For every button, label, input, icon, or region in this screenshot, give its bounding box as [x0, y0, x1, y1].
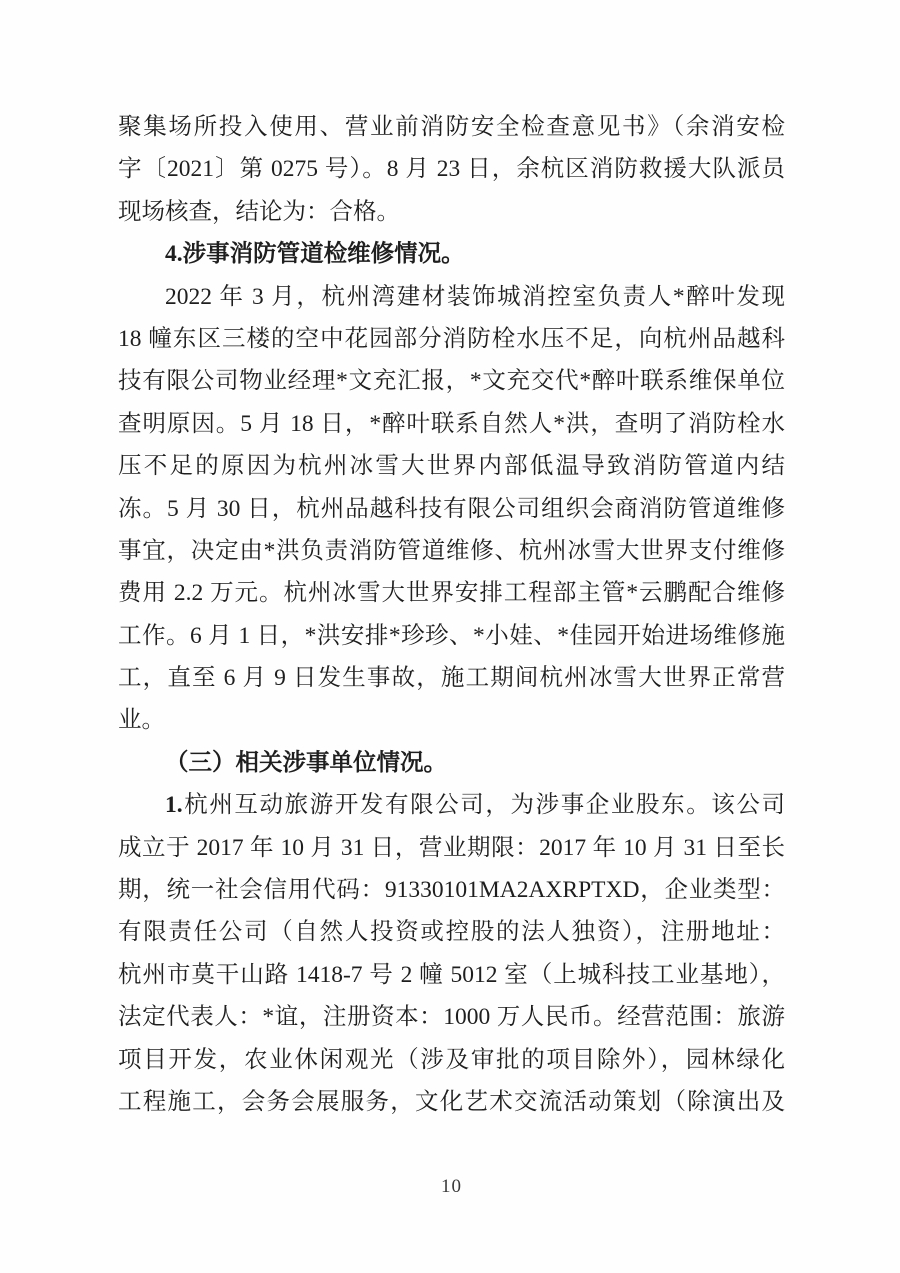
text-line: 18 幢东区三楼的空中花园部分消防栓水压不足，向杭州品越科	[118, 318, 785, 360]
text-run: 现场核查，结论为：合格。	[118, 199, 400, 225]
text-line: 法定代表人：*谊，注册资本：1000 万人民币。经营范围：旅游	[118, 996, 785, 1038]
document-page: 聚集场所投入使用、营业前消防安全检查意见书》（余消安检字〔2021〕第 0275…	[0, 0, 900, 1273]
text-run: 法定代表人：*谊，注册资本：1000 万人民币。经营范围：旅游	[118, 1004, 785, 1030]
text-run: 冻。5 月 30 日，杭州品越科技有限公司组织会商消防管道维修	[118, 496, 785, 522]
text-line: 工，直至 6 月 9 日发生事故，施工期间杭州冰雪大世界正常营	[118, 657, 785, 699]
text-line: 字〔2021〕第 0275 号）。8 月 23 日，余杭区消防救援大队派员	[118, 148, 785, 190]
text-run: 有限责任公司（自然人投资或控股的法人独资），注册地址：	[118, 919, 785, 945]
text-run: 2022 年 3 月，杭州湾建材装饰城消控室负责人*醉叶发现	[165, 284, 785, 310]
text-line: 现场核查，结论为：合格。	[118, 191, 785, 233]
text-run: （三）相关涉事单位情况。	[165, 750, 447, 776]
text-run: 期，统一社会信用代码：91330101MA2AXRPTXD，企业类型：	[118, 877, 785, 903]
text-line: 工程施工，会务会展服务，文化艺术交流活动策划（除演出及	[118, 1081, 785, 1123]
text-line: 业。	[118, 699, 785, 741]
text-line: 事宜，决定由*洪负责消防管道维修、杭州冰雪大世界支付维修	[118, 530, 785, 572]
text-line: 项目开发，农业休闲观光（涉及审批的项目除外），园林绿化	[118, 1039, 785, 1081]
text-run: 杭州互动旅游开发有限公司，为涉事企业股东。该公司	[183, 792, 785, 818]
text-run: 4.涉事消防管道检维修情况。	[165, 241, 465, 267]
text-run: 项目开发，农业休闲观光（涉及审批的项目除外），园林绿化	[118, 1047, 785, 1073]
text-run: 业。	[118, 707, 165, 733]
text-line: 费用 2.2 万元。杭州冰雪大世界安排工程部主管*云鹏配合维修	[118, 572, 785, 614]
text-run: 工，直至 6 月 9 日发生事故，施工期间杭州冰雪大世界正常营	[118, 665, 785, 691]
text-line: 冻。5 月 30 日，杭州品越科技有限公司组织会商消防管道维修	[118, 488, 785, 530]
text-run: 工程施工，会务会展服务，文化艺术交流活动策划（除演出及	[118, 1089, 785, 1115]
text-line: 聚集场所投入使用、营业前消防安全检查意见书》（余消安检	[118, 106, 785, 148]
text-line: （三）相关涉事单位情况。	[118, 742, 785, 784]
text-run: 技有限公司物业经理*文充汇报，*文充交代*醉叶联系维保单位	[118, 368, 785, 394]
text-line: 压不足的原因为杭州冰雪大世界内部低温导致消防管道内结	[118, 445, 785, 487]
text-line: 2022 年 3 月，杭州湾建材装饰城消控室负责人*醉叶发现	[118, 276, 785, 318]
text-run: 杭州市莫干山路 1418-7 号 2 幢 5012 室（上城科技工业基地），	[118, 962, 785, 988]
text-line: 1.杭州互动旅游开发有限公司，为涉事企业股东。该公司	[118, 784, 785, 826]
text-line: 成立于 2017 年 10 月 31 日，营业期限：2017 年 10 月 31…	[118, 827, 785, 869]
text-line: 4.涉事消防管道检维修情况。	[118, 233, 785, 275]
text-run: 费用 2.2 万元。杭州冰雪大世界安排工程部主管*云鹏配合维修	[118, 580, 785, 606]
text-run: 事宜，决定由*洪负责消防管道维修、杭州冰雪大世界支付维修	[118, 538, 785, 564]
text-block: 聚集场所投入使用、营业前消防安全检查意见书》（余消安检字〔2021〕第 0275…	[118, 106, 785, 1123]
text-run: 18 幢东区三楼的空中花园部分消防栓水压不足，向杭州品越科	[118, 326, 785, 352]
text-line: 工作。6 月 1 日，*洪安排*珍珍、*小娃、*佳园开始进场维修施	[118, 615, 785, 657]
text-run: 压不足的原因为杭州冰雪大世界内部低温导致消防管道内结	[118, 453, 785, 479]
text-run: 1.	[165, 792, 183, 818]
text-run: 查明原因。5 月 18 日，*醉叶联系自然人*洪，查明了消防栓水	[118, 411, 785, 437]
page-number: 10	[118, 1176, 785, 1198]
text-run: 聚集场所投入使用、营业前消防安全检查意见书》（余消安检	[118, 114, 785, 140]
text-line: 查明原因。5 月 18 日，*醉叶联系自然人*洪，查明了消防栓水	[118, 403, 785, 445]
text-line: 技有限公司物业经理*文充汇报，*文充交代*醉叶联系维保单位	[118, 360, 785, 402]
text-line: 有限责任公司（自然人投资或控股的法人独资），注册地址：	[118, 911, 785, 953]
text-run: 成立于 2017 年 10 月 31 日，营业期限：2017 年 10 月 31…	[118, 835, 785, 861]
text-line: 杭州市莫干山路 1418-7 号 2 幢 5012 室（上城科技工业基地），	[118, 954, 785, 996]
text-run: 字〔2021〕第 0275 号）。8 月 23 日，余杭区消防救援大队派员	[118, 156, 785, 182]
text-line: 期，统一社会信用代码：91330101MA2AXRPTXD，企业类型：	[118, 869, 785, 911]
text-run: 工作。6 月 1 日，*洪安排*珍珍、*小娃、*佳园开始进场维修施	[118, 623, 785, 649]
